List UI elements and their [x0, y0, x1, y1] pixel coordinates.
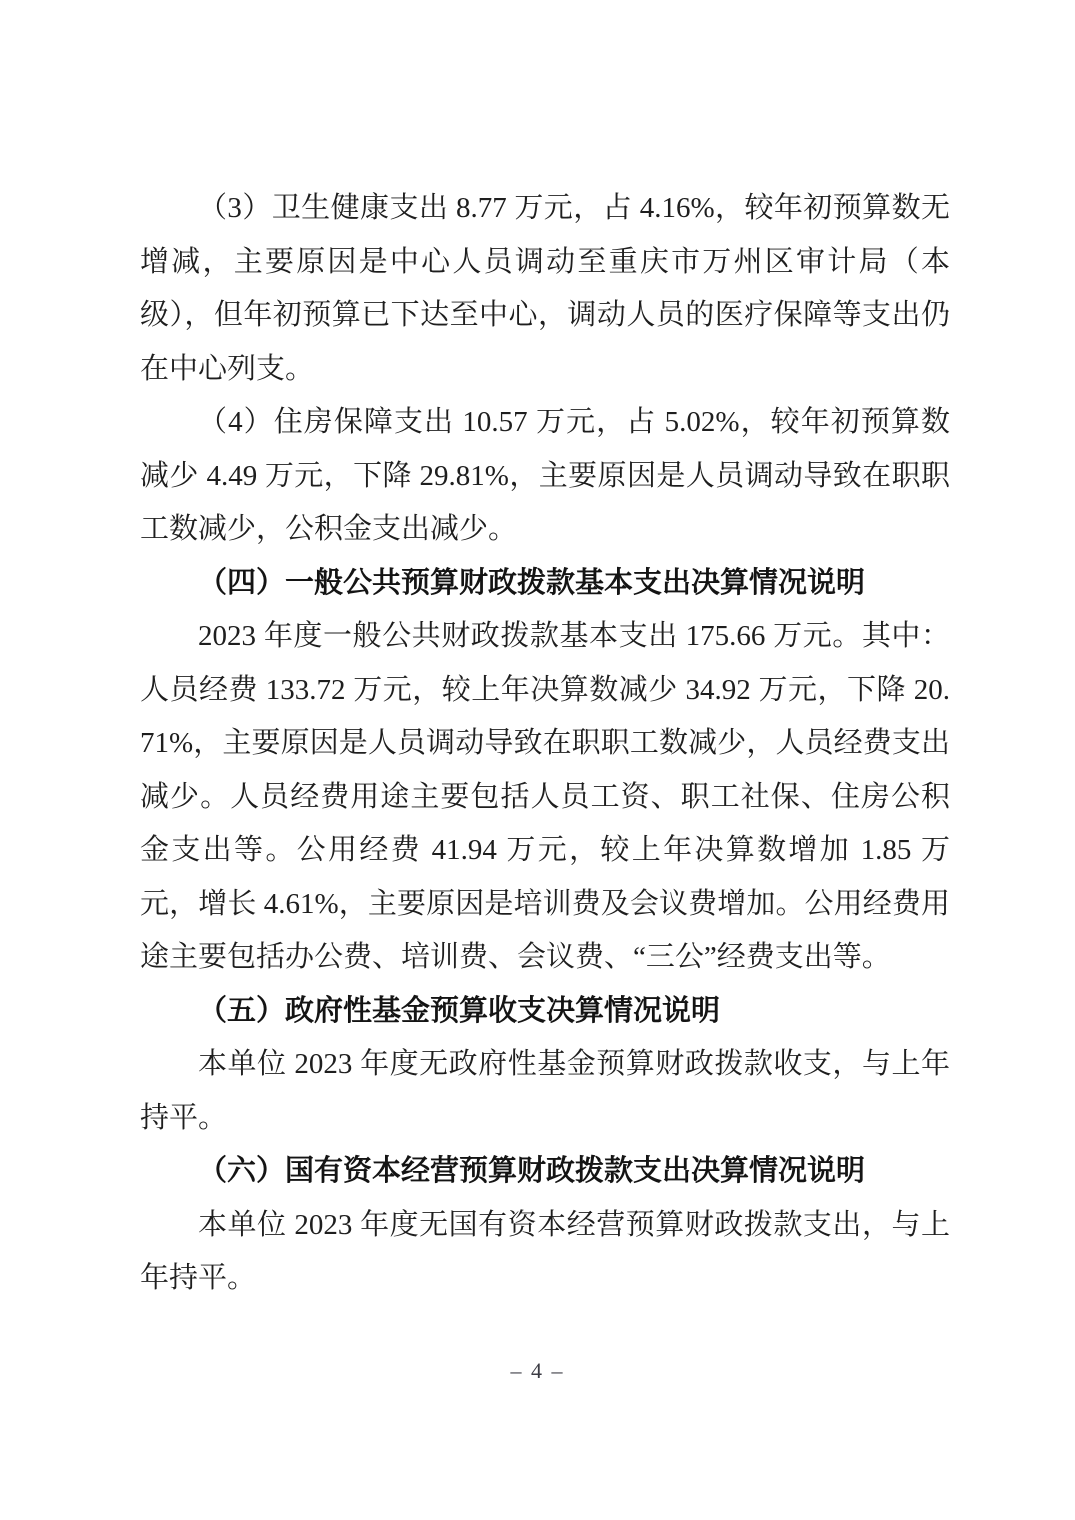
paragraph-housing-expenditure: （4）住房保障支出 10.57 万元，占 5.02%，较年初预算数减少 4.49… [140, 396, 950, 557]
paragraph-government-fund-detail: 本单位 2023 年度无政府性基金预算财政拨款收支，与上年持平。 [140, 1038, 950, 1145]
document-body: （3）卫生健康支出 8.77 万元，占 4.16%，较年初预算数无增减，主要原因… [140, 182, 950, 1306]
paragraph-health-expenditure: （3）卫生健康支出 8.77 万元，占 4.16%，较年初预算数无增减，主要原因… [140, 182, 950, 396]
document-page: （3）卫生健康支出 8.77 万元，占 4.16%，较年初预算数无增减，主要原因… [0, 0, 1075, 1520]
paragraph-basic-expenditure-detail: 2023 年度一般公共财政拨款基本支出 175.66 万元。其中：人员经费 13… [140, 610, 950, 985]
page-number: – 4 – [511, 1358, 565, 1383]
section-heading-government-fund: （五）政府性基金预算收支决算情况说明 [140, 985, 950, 1039]
page-footer: – 4 – [0, 1358, 1075, 1384]
section-heading-basic-expenditure: （四）一般公共预算财政拨款基本支出决算情况说明 [140, 557, 950, 611]
section-heading-state-capital: （六）国有资本经营预算财政拨款支出决算情况说明 [140, 1145, 950, 1199]
paragraph-state-capital-detail: 本单位 2023 年度无国有资本经营预算财政拨款支出，与上年持平。 [140, 1199, 950, 1306]
